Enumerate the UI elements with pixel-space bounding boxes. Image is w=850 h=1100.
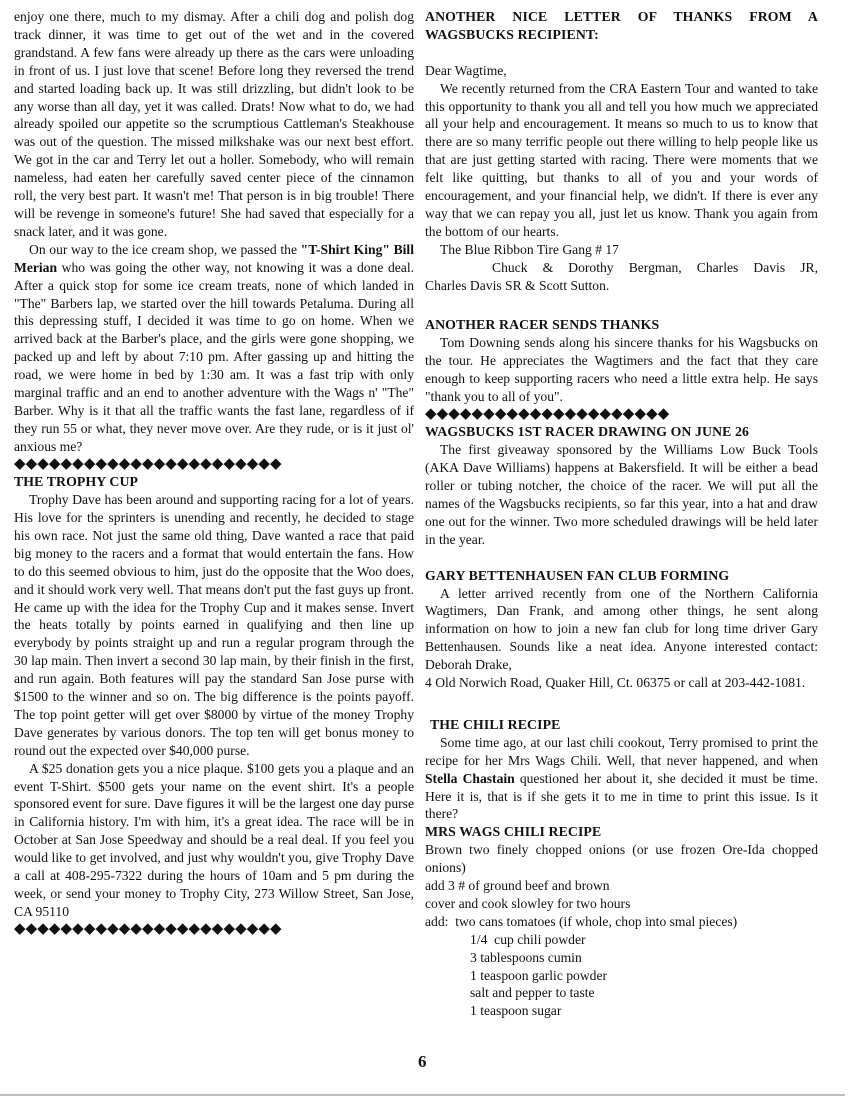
spacer [425, 44, 818, 62]
page-number: 6 [418, 1052, 427, 1072]
fan-club-body: A letter arrived recently from one of th… [425, 585, 818, 675]
letter-body: We recently returned from the CRA Easter… [425, 80, 818, 241]
letter-salutation: Dear Wagtime, [425, 62, 818, 80]
diamond-divider: ◆◆◆◆◆◆◆◆◆◆◆◆◆◆◆◆◆◆◆◆◆◆◆ [14, 921, 414, 939]
right-column: ANOTHER NICE LETTER OF THANKS FROM A WAG… [425, 8, 818, 1020]
trophy-cup-paragraph-2: A $25 donation gets you a nice plaque. $… [14, 760, 414, 921]
recipe-ingredient: 3 tablespoons cumin [425, 949, 818, 967]
recipe-step: add: two cans tomatoes (if whole, chop i… [425, 913, 818, 931]
section-heading-fan-club: GARY BETTENHAUSEN FAN CLUB FORMING [425, 567, 818, 585]
bold-name-stella-chastain: Stella Chastain [425, 771, 515, 786]
recipe-step: Brown two finely chopped onions (or use … [425, 841, 818, 877]
letter-signature: The Blue Ribbon Tire Gang # 17 [425, 241, 818, 259]
page-bottom-edge [0, 1094, 845, 1096]
recipe-step: cover and cook slowley for two hours [425, 895, 818, 913]
recipe-ingredient: salt and pepper to taste [425, 984, 818, 1002]
recipe-ingredient: 1 teaspoon garlic powder [425, 967, 818, 985]
diamond-divider: ◆◆◆◆◆◆◆◆◆◆◆◆◆◆◆◆◆◆◆◆◆◆◆ [14, 456, 414, 474]
chili-intro: Some time ago, at our last chili cookout… [425, 734, 818, 824]
spacer [425, 692, 818, 710]
recipe-step: add 3 # of ground beef and brown [425, 877, 818, 895]
story-continuation-paragraph: enjoy one there, much to my dismay. Afte… [14, 8, 414, 241]
diamond-divider: ◆◆◆◆◆◆◆◆◆◆◆◆◆◆◆◆◆◆◆◆◆ [425, 406, 818, 424]
letter-names-line-1: Chuck & Dorothy Bergman, Charles Davis J… [425, 259, 818, 277]
story-paragraph-2: On our way to the ice cream shop, we pas… [14, 241, 414, 456]
section-heading-trophy-cup: THE TROPHY CUP [14, 473, 414, 491]
left-column: enjoy one there, much to my dismay. Afte… [14, 8, 414, 938]
racer-thanks-body: Tom Downing sends along his sincere than… [425, 334, 818, 406]
letter-names-line-2: Charles Davis SR & Scott Sutton. [425, 277, 818, 295]
recipe-ingredient: 1/4 cup chili powder [425, 931, 818, 949]
section-heading-letter-of-thanks: ANOTHER NICE LETTER OF THANKS FROM A WAG… [425, 8, 818, 44]
trophy-cup-paragraph-1: Trophy Dave has been around and supporti… [14, 491, 414, 760]
section-heading-racer-drawing: WAGSBUCKS 1ST RACER DRAWING ON JUNE 26 [425, 423, 818, 441]
recipe-title: MRS WAGS CHILI RECIPE [425, 823, 818, 841]
spacer [425, 549, 818, 567]
recipe-ingredient: 1 teaspoon sugar [425, 1002, 818, 1020]
racer-drawing-body: The first giveaway sponsored by the Will… [425, 441, 818, 548]
section-heading-racer-thanks: ANOTHER RACER SENDS THANKS [425, 316, 818, 334]
spacer [425, 294, 818, 312]
fan-club-address: 4 Old Norwich Road, Quaker Hill, Ct. 063… [425, 674, 818, 692]
section-heading-chili-recipe: THE CHILI RECIPE [425, 716, 818, 734]
